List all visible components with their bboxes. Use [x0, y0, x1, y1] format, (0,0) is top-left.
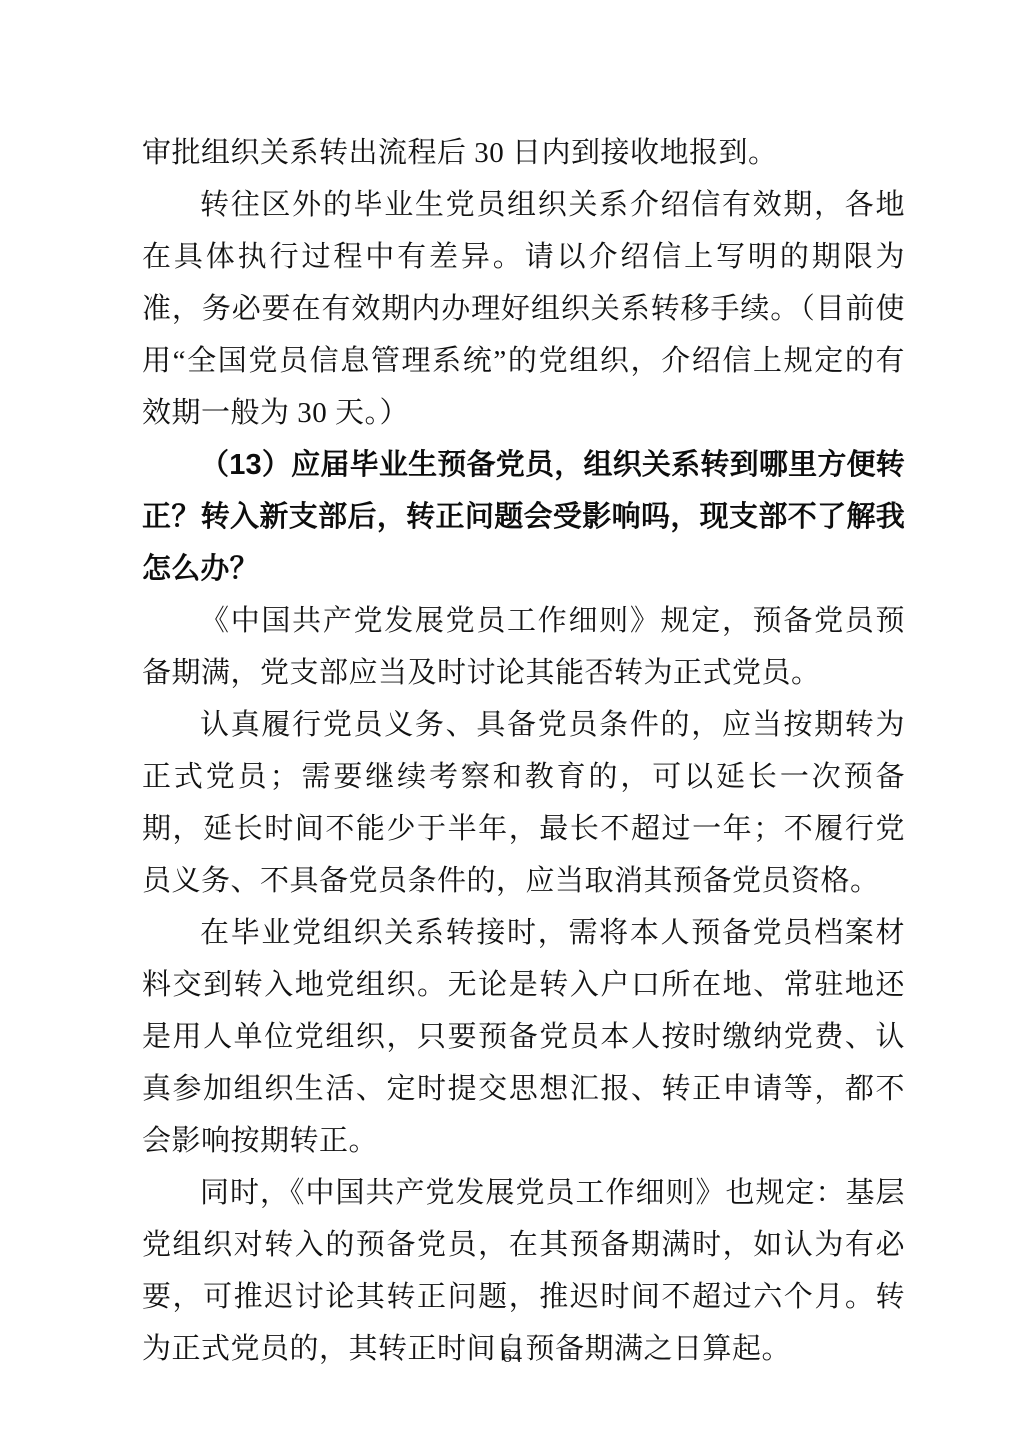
document-body: 审批组织关系转出流程后 30 日内到接收地报到。 转往区外的毕业生党员组织关系介…: [142, 127, 905, 1375]
paragraph-continuation: 审批组织关系转出流程后 30 日内到接收地报到。: [142, 127, 905, 179]
paragraph-rules-citation: 《中国共产党发展党员工作细则》规定，预备党员预备期满，党支部应当及时讨论其能否转…: [142, 595, 905, 699]
paragraph-delay-rule: 同时，《中国共产党发展党员工作细则》也规定：基层党组织对转入的预备党员，在其预备…: [142, 1167, 905, 1375]
page-number: 64: [0, 1345, 1024, 1368]
question-13-heading: （13）应届毕业生预备党员，组织关系转到哪里方便转正？转入新支部后，转正问题会受…: [142, 439, 905, 595]
paragraph-conversion-conditions: 认真履行党员义务、具备党员条件的，应当按期转为正式党员；需要继续考察和教育的，可…: [142, 699, 905, 907]
document-page: 审批组织关系转出流程后 30 日内到接收地报到。 转往区外的毕业生党员组织关系介…: [0, 0, 1024, 1448]
paragraph-validity-period: 转往区外的毕业生党员组织关系介绍信有效期，各地在具体执行过程中有差异。请以介绍信…: [142, 179, 905, 439]
paragraph-archive-transfer: 在毕业党组织关系转接时，需将本人预备党员档案材料交到转入地党组织。无论是转入户口…: [142, 907, 905, 1167]
